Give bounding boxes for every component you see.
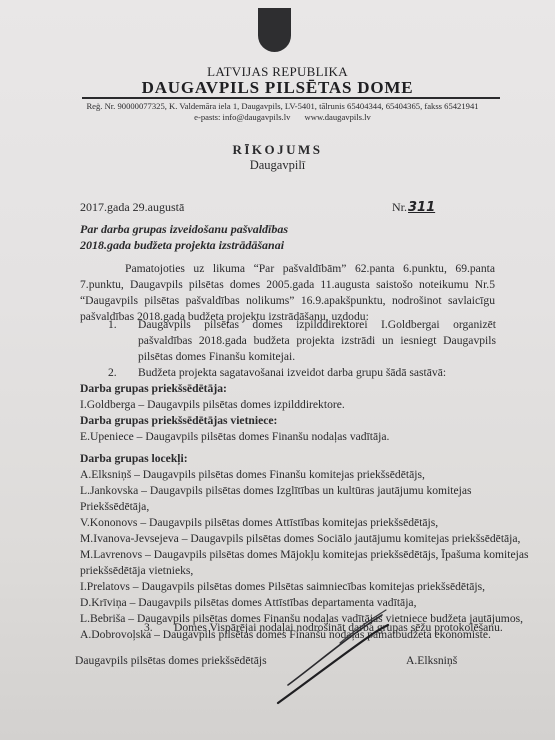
member-line: M.Ivanova-Jevsejeva – Daugavpils pilsēta… xyxy=(80,531,510,547)
chair-text: I.Goldberga – Daugavpils pilsētas domes … xyxy=(80,397,510,413)
list-item: 1. Daugavpils pilsētas domes izpilddirek… xyxy=(108,317,496,365)
website-text: www.daugavpils.lv xyxy=(305,112,371,122)
document-type: RĪKOJUMS xyxy=(0,142,555,158)
preamble-text: Pamatojoties uz likuma “Par pašvaldībām”… xyxy=(80,261,495,325)
institution-heading: DAUGAVPILS PILSĒTAS DOME xyxy=(0,78,555,98)
email-text: e-pasts: info@daugavpils.lv xyxy=(194,112,290,122)
member-line: L.Jankovska – Daugavpils pilsētas domes … xyxy=(80,483,510,499)
member-line: A.Elksniņš – Daugavpils pilsētas domes F… xyxy=(80,467,510,483)
chair-section: Darba grupas priekšsēdētāja: I.Goldberga… xyxy=(80,381,510,413)
item-number: 1. xyxy=(108,317,117,333)
document-date: 2017.gada 29.augustā xyxy=(80,200,184,215)
members-heading: Darba grupas locekļi: xyxy=(80,451,510,467)
document-page: LATVIJAS REPUBLIKA DAUGAVPILS PILSĒTAS D… xyxy=(0,0,555,740)
coat-of-arms-icon xyxy=(258,8,291,52)
list-item: 2. Budžeta projekta sagatavošanai izveid… xyxy=(108,365,496,381)
deputy-section: Darba grupas priekšsēdētājas vietniece: … xyxy=(80,413,510,445)
member-line: priekšsēdētāja vietnieks, xyxy=(80,563,510,579)
handwritten-signature xyxy=(270,585,390,705)
member-line: V.Kononovs – Daugavpils pilsētas domes A… xyxy=(80,515,510,531)
number-label: Nr. xyxy=(392,200,407,214)
subject-line: Par darba grupas izveidošanu pašvaldības xyxy=(80,221,288,237)
chair-heading: Darba grupas priekšsēdētāja: xyxy=(80,381,510,397)
contact-line: e-pasts: info@daugavpils.lv www.daugavpi… xyxy=(0,112,555,122)
subject-line: 2018.gada budžeta projekta izstrādāšanai xyxy=(80,237,288,253)
deputy-text: E.Upeniece – Daugavpils pilsētas domes F… xyxy=(80,429,510,445)
member-line: Priekšsēdētāja, xyxy=(80,499,510,515)
preamble: Pamatojoties uz likuma “Par pašvaldībām”… xyxy=(80,261,495,325)
member-line: M.Lavrenovs – Daugavpils pilsētas domes … xyxy=(80,547,510,563)
item-text: Budžeta projekta sagatavošanai izveidot … xyxy=(138,366,446,379)
document-number: Nr.311 xyxy=(392,200,435,215)
item-number: 2. xyxy=(108,365,117,381)
signatory-title: Daugavpils pilsētas domes priekšsēdētājs xyxy=(75,654,267,667)
signatory-name: A.Elksniņš xyxy=(406,654,457,667)
header-divider xyxy=(82,97,500,99)
handwritten-number: 311 xyxy=(408,200,435,215)
numbered-list: 1. Daugavpils pilsētas domes izpilddirek… xyxy=(108,317,496,381)
item-number: 3. xyxy=(144,621,174,634)
registration-line: Reģ. Nr. 90000077325, K. Valdemāra iela … xyxy=(0,101,555,111)
item-text: Daugavpils pilsētas domes izpilddirektor… xyxy=(138,318,496,363)
deputy-heading: Darba grupas priekšsēdētājas vietniece: xyxy=(80,413,510,429)
document-place: Daugavpilī xyxy=(0,158,555,173)
document-subject: Par darba grupas izveidošanu pašvaldības… xyxy=(80,221,288,253)
